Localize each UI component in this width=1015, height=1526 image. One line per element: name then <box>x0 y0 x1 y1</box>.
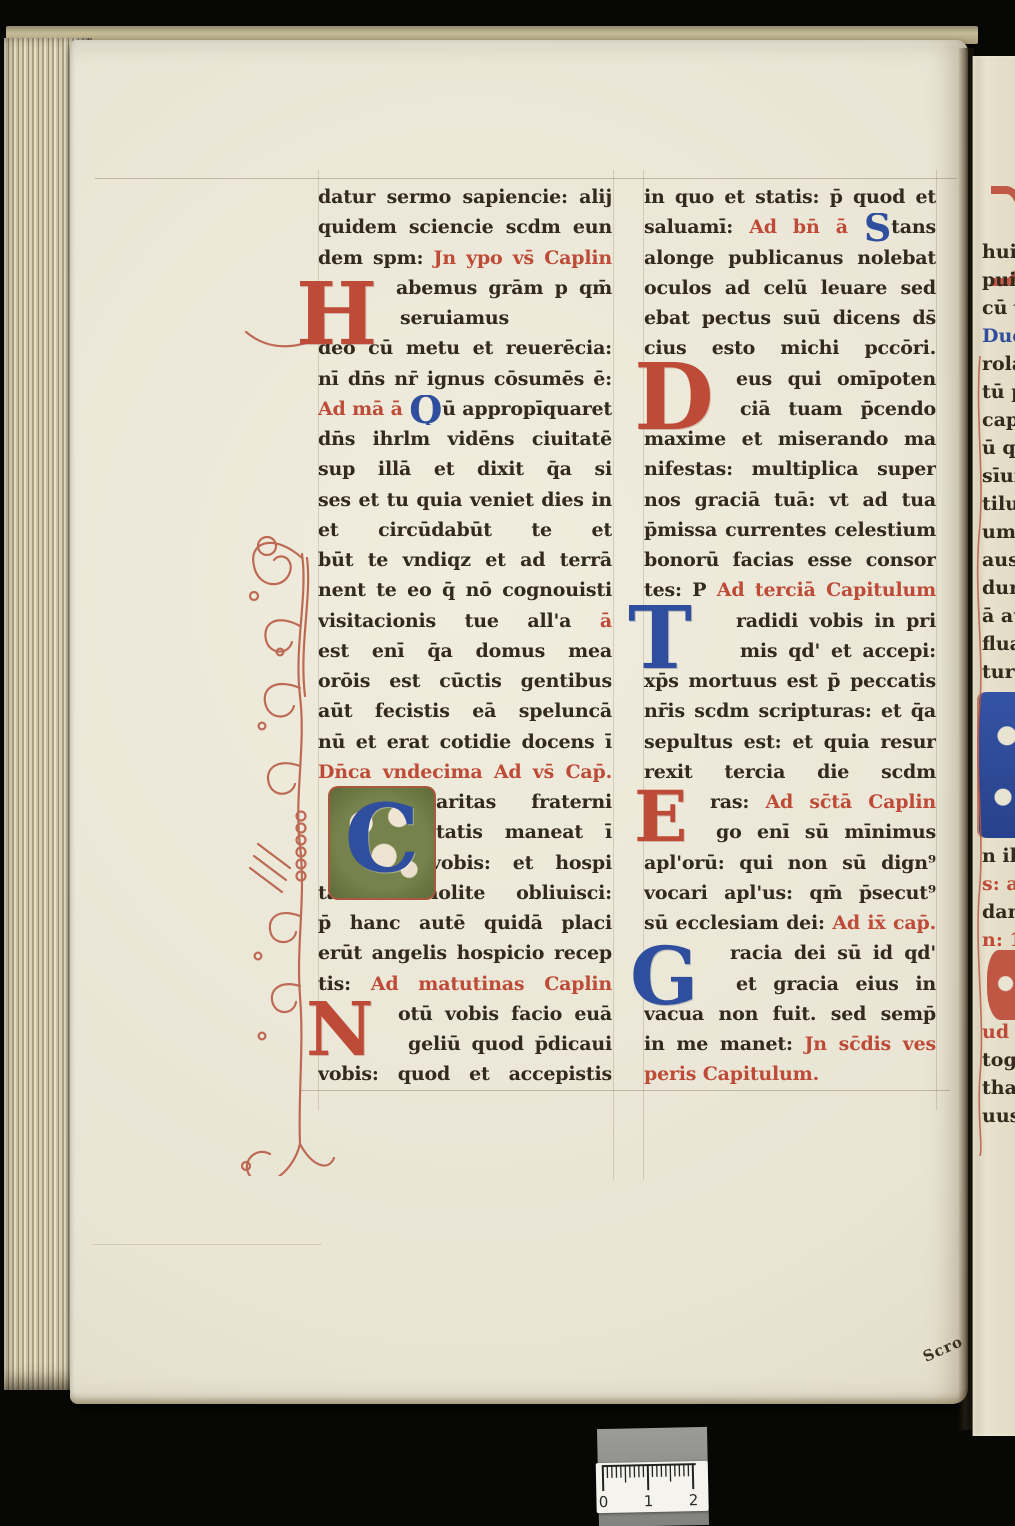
illuminated-initial-e: E <box>634 788 685 845</box>
ruler-label: 1 <box>641 1492 655 1510</box>
text-line: abemus grām p qm̄ <box>396 274 612 304</box>
text-line: et circūdabūt te et coangusta <box>318 516 612 546</box>
rubric-text: Ad ix̄ cap̄. <box>832 912 936 934</box>
text-line: ebat pectus suū dicens ds̄ p̄pi <box>644 304 936 334</box>
next-page-text-fragment: n illa <box>982 846 1015 866</box>
text-line: quidem sciencie scdm eun <box>318 213 612 243</box>
ruler-ticks-icon <box>596 1461 709 1493</box>
text-line: erūt angelis hospicio recep <box>318 939 612 969</box>
text-line: oculos ad celū leuare sed p̄cuci <box>644 274 936 304</box>
text-line: otū vobis facio euā <box>398 1000 612 1030</box>
text-line: seruiamus placentes <box>400 304 612 334</box>
text-line: Ad mā ā Qū appropīquaret <box>318 395 612 425</box>
body-text: abemus grām p qm̄ <box>396 277 612 299</box>
text-line: sepultus est: et quia resur <box>644 728 936 758</box>
text-line: ses et tu quia veniet dies in te <box>318 486 612 516</box>
body-text: geliū quod p̄dicaui <box>408 1033 612 1055</box>
text-line: in quo et statis: p̄ quod et <box>644 183 936 213</box>
text-line: sup illā et dixit q̄a si cognouis <box>318 455 612 485</box>
next-page-text-fragment: n: 10 <box>982 930 1015 950</box>
next-page-text-fragment: ū q u <box>982 438 1015 458</box>
text-line: mis qd' et accepi: qm̄ <box>740 637 936 667</box>
rubric-text: Ad matutinas Caplin <box>371 973 612 995</box>
text-line: saluamī: Ad bn̄ ā Stans <box>644 213 936 243</box>
next-page-text-fragment: sīum <box>982 466 1015 486</box>
rubric-text: ā <box>600 610 612 632</box>
ruling-line-col-left-end <box>613 170 614 1180</box>
body-text: quidem sciencie scdm eun <box>318 216 612 238</box>
rubric-text: Dn̄ca vndecima Ad vs̄ Cap̄. <box>318 761 612 783</box>
next-page-text-fragment: puil <box>982 270 1015 290</box>
text-line: eus qui omīpoten <box>736 365 936 395</box>
body-text: tatis maneat ī <box>436 821 612 843</box>
text-line: orōis est cūctis gentibus vos <box>318 667 612 697</box>
ruling-line-top <box>95 178 957 179</box>
ruler-label: 2 <box>686 1491 700 1509</box>
body-text: racia dei sū id qd' sum: <box>730 942 936 969</box>
text-line: bonorū facias esse consor <box>644 546 936 576</box>
body-text: p̄ hanc autē quidā placi <box>318 912 612 934</box>
body-text: et gracia eius in me <box>736 973 936 1000</box>
next-page-text-fragment: dur ip <box>982 578 1015 598</box>
body-text: go enī sū mīnimus <box>716 821 936 843</box>
body-text: apl'orū: qui non sū dign⁹ <box>644 852 936 874</box>
next-page-text-fragment: ud <box>982 1022 1009 1042</box>
text-line: et gracia eius in me <box>736 970 936 1000</box>
text-line: nifestas: multiplica super <box>644 455 936 485</box>
text-line: p̄ hanc autē quidā placi <box>318 909 612 939</box>
body-text: seruiamus placentes <box>400 307 509 334</box>
next-page-text-fragment: tilum <box>982 494 1015 514</box>
illuminated-initial-d: D <box>634 360 712 435</box>
body-text: otū vobis facio euā <box>398 1003 612 1025</box>
text-line: ciā tuam p̄cendo in <box>740 395 936 425</box>
next-page-text-fragment: s: ad <box>982 874 1015 894</box>
next-page-text-fragment: aus et <box>982 550 1015 570</box>
next-page-edge: huipuilcū vDuerolamtū pucapuū q usīumtil… <box>972 56 1015 1436</box>
body-text: bonorū facias esse consor <box>644 549 936 571</box>
illuminated-initial-g: G <box>630 944 696 1010</box>
body-text: erūt angelis hospicio recep <box>318 942 612 964</box>
body-text: būt te vndiqz et ad terrā pster <box>318 549 612 576</box>
illuminated-initial-n: N <box>306 1000 372 1061</box>
text-line: in me manet: Jn sc̄dis ves <box>644 1030 936 1060</box>
rubric-text: Ad bn̄ ā <box>749 216 864 238</box>
text-line: peris Capitulum. <box>644 1060 936 1090</box>
scale-ruler: 012 <box>597 1427 709 1526</box>
body-text: et circūdabūt te et coangusta <box>318 519 612 546</box>
body-text: ras: <box>710 791 766 813</box>
text-line: visitacionis tue all'a ā Scriptū <box>318 607 612 637</box>
next-page-text-fragment: fluabu <box>982 634 1015 654</box>
body-text: vobis: et hospi <box>430 852 612 874</box>
text-line: aūt fecistis eā speluncā latro <box>318 697 612 727</box>
text-line: nū et erat cotidie docens ī tēplo <box>318 728 612 758</box>
rubric-text: Ad sc̄tā Caplin <box>766 791 936 813</box>
text-line: ras: Ad sc̄tā Caplin <box>710 788 936 818</box>
next-page-red-initial2-icon <box>987 950 1015 1020</box>
ruling-line-lower-margin <box>92 1244 322 1245</box>
body-text: dn̄s ihrlm vidēns ciuitatē fleuit <box>318 428 612 455</box>
rubric-text: Jn ypo vs̄ Caplin <box>434 247 612 269</box>
body-text: nos graciā tuā: vt ad tua <box>644 489 936 511</box>
body-text: ū appropīquaret <box>442 398 612 420</box>
body-text: p̄missa currentes celestium <box>644 519 936 541</box>
body-text: radidi vobis in pri <box>736 610 936 632</box>
body-text: sup illā et dixit q̄a si cognouis <box>318 458 612 485</box>
body-text: nī dn̄s nr̄ ignus cōsumēs ē: <box>318 368 612 390</box>
illuminated-initial-t: T <box>628 604 690 675</box>
body-text: vocari apl'us: qm̄ p̄secut⁹ <box>644 882 936 904</box>
body-text: datur sermo sapiencie: alij <box>318 186 612 208</box>
body-text: ses et tu quia veniet dies in te <box>318 489 612 516</box>
body-text: nifestas: multiplica super <box>644 458 936 480</box>
body-text: ebat pectus suū dicens ds̄ p̄pi <box>644 307 936 334</box>
text-line: nr̄is scdm scripturas: et q̄a <box>644 697 936 727</box>
body-text: in quo et statis: p̄ quod et <box>644 186 936 208</box>
text-line: tatis maneat ī <box>436 818 612 848</box>
body-text: aūt fecistis eā speluncā latro <box>318 700 612 727</box>
text-line: apl'orū: qui non sū dign⁹ <box>644 849 936 879</box>
text-line: racia dei sū id qd' sum: <box>730 939 936 969</box>
body-text: est enī q̄a domus mea domus <box>318 640 612 667</box>
text-line: vobis: et hospi <box>430 849 612 879</box>
body-text: sepultus est: et quia resur <box>644 731 936 753</box>
next-page-text-fragment: thar et <box>982 1078 1015 1098</box>
next-page-text-fragment: hui <box>982 242 1015 262</box>
body-text: alonge publicanus nolebat <box>644 247 936 269</box>
body-text: mis qd' et accepi: qm̄ <box>740 640 936 667</box>
body-text: visitacionis tue all'a <box>318 610 600 632</box>
body-text: saluamī: <box>644 216 749 238</box>
ruler-scale-strip: 012 <box>596 1461 709 1513</box>
inline-initial: Q <box>409 395 442 425</box>
next-page-text-fragment: tū pu <box>982 382 1015 402</box>
body-text: orōis est cūctis gentibus vos <box>318 670 612 697</box>
next-page-text-fragment: cū v <box>982 298 1015 318</box>
next-page-text-fragment: ā aull <box>982 606 1015 626</box>
body-text: rexit tercia die scdm scriptu <box>644 761 936 788</box>
body-text: eus qui omīpoten <box>736 368 936 390</box>
ruler-label: 0 <box>596 1493 610 1511</box>
text-line: dn̄s ihrlm vidēns ciuitatē fleuit <box>318 425 612 455</box>
next-page-text-fragment: Due <box>982 326 1015 346</box>
next-page-text-fragment: danta <box>982 902 1015 922</box>
next-page-text-fragment: tur Ol <box>982 662 1015 682</box>
text-line: rexit tercia die scdm scriptu <box>644 758 936 788</box>
body-text: nū et erat cotidie docens ī tēplo <box>318 731 612 758</box>
rubric-text: peris Capitulum. <box>644 1063 819 1085</box>
next-page-text-fragment: umda <box>982 522 1015 542</box>
body-text: nent te eo q̄ nō cognouisti tps <box>318 579 612 606</box>
rubric-text: Ad mā ā <box>318 398 409 420</box>
text-line: go enī sū mīnimus ap <box>716 818 936 848</box>
text-line: alonge publicanus nolebat <box>644 244 936 274</box>
illuminated-initial-h: H <box>296 280 375 351</box>
body-text: aritas fraterni <box>436 791 612 813</box>
rubric-text: Jn sc̄dis ves <box>804 1033 936 1055</box>
text-line: aritas fraterni <box>436 788 612 818</box>
body-text: nr̄is scdm scripturas: et q̄a <box>644 700 936 722</box>
initial-letter: C <box>345 792 420 886</box>
text-line: vocari apl'us: qm̄ p̄secut⁹ <box>644 879 936 909</box>
next-page-text-fragment: uus et <box>982 1106 1015 1126</box>
decorated-initial-c: C <box>328 786 436 900</box>
text-line: radidi vobis in pri <box>736 607 936 637</box>
body-text: tans <box>891 216 936 238</box>
text-line: būt te vndiqz et ad terrā pster <box>318 546 612 576</box>
next-page-text-fragment: tog lud <box>982 1050 1015 1070</box>
rubric-text: Ad terciā Capitulum <box>717 579 936 601</box>
text-line: geliū quod p̄dicaui <box>408 1030 612 1060</box>
manuscript-photograph: datur sermo sapiencie: alijquidem scienc… <box>0 0 1015 1526</box>
text-line: est enī q̄a domus mea domus <box>318 637 612 667</box>
text-line: datur sermo sapiencie: alij <box>318 183 612 213</box>
body-text: ciā tuam p̄cendo in <box>740 398 936 425</box>
inline-initial: S <box>864 213 891 243</box>
text-line: p̄missa currentes celestium <box>644 516 936 546</box>
text-line: nos graciā tuā: vt ad tua <box>644 486 936 516</box>
next-page-text-fragment: rolam <box>982 354 1015 374</box>
text-line: nent te eo q̄ nō cognouisti tps <box>318 576 612 606</box>
body-text: in me manet: <box>644 1033 804 1055</box>
text-line: nī dn̄s nr̄ ignus cōsumēs ē: <box>318 365 612 395</box>
next-page-text-fragment: capu <box>982 410 1015 430</box>
ruling-line-col-right-end <box>936 170 937 1110</box>
body-text: oculos ad celū leuare sed p̄cuci <box>644 277 936 304</box>
